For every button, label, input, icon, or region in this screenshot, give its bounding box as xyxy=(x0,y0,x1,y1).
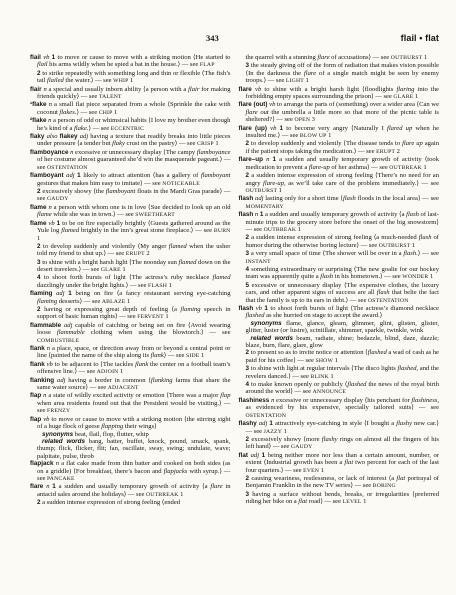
definition-text: his arms wildly when he spied a bat in t… xyxy=(48,61,200,68)
entry-paragraph: flare vb to shine with a bright harsh li… xyxy=(239,86,440,102)
italic-text: flakes xyxy=(59,109,74,116)
italic-text: flamboyant xyxy=(201,172,231,179)
cross-reference: ostentation xyxy=(246,413,287,419)
cross-reference: ablaze xyxy=(102,299,126,305)
cross-reference: open xyxy=(294,117,310,123)
sense-paragraph: 4 to make known openly or publicly ⟨flas… xyxy=(239,381,440,397)
italic-text: flash xyxy=(403,250,416,257)
entry-paragraph: flail vb 1 to move or cause to move with… xyxy=(30,54,231,70)
sense-paragraph: 3 to shine with a bright harsh light ⟨Th… xyxy=(30,259,231,275)
italic-text: flat xyxy=(396,475,405,482)
entry-paragraph: flashy adj 1 attractively eye-catching i… xyxy=(239,420,440,436)
cross-reference: outburst xyxy=(246,188,278,194)
italic-text: flash xyxy=(419,234,432,241)
italic-text: flapping xyxy=(101,423,123,430)
entry-paragraph: flame vb 1 to be on fire especially brig… xyxy=(30,220,231,243)
definition-text: road⟩ — see xyxy=(307,498,343,505)
definition-text: 3 xyxy=(310,116,315,123)
definition-text: to make known openly or publicly ⟨ xyxy=(251,381,347,388)
cross-reference: pancake xyxy=(47,476,75,482)
italic-text: flashed xyxy=(397,365,416,372)
italic-text: vb xyxy=(270,125,279,132)
italic-text: adj xyxy=(66,172,77,179)
italic-text: flashed xyxy=(246,312,265,319)
italic-text: flat xyxy=(298,498,307,505)
definition-text: desserts⟩ — see xyxy=(57,298,102,305)
entry-paragraph: flammable adj capable of catching or bei… xyxy=(30,322,231,345)
sense-number: 2 xyxy=(37,306,44,313)
headword: flammable xyxy=(30,322,64,329)
definition-text: a person with whom one is in love ⟨Sue d… xyxy=(54,204,231,211)
definition-text: 2 xyxy=(145,250,150,257)
sense-paragraph: 2 to develop suddenly and violently ⟨The… xyxy=(239,140,440,156)
sense-paragraph: 3 having a surface without bends, breaks… xyxy=(239,491,440,507)
definition-text: to develop suddenly and violently ⟨The d… xyxy=(251,140,402,147)
definition-text: 1 xyxy=(37,235,40,242)
label: related words xyxy=(251,335,297,342)
definition-text: dazzlingly under the bright lights.⟩ — s… xyxy=(37,282,148,289)
sense-paragraph: 2 excessively showy ⟨more flashy rings o… xyxy=(239,436,440,452)
definition-text: excessively showy ⟨more xyxy=(251,436,321,443)
definition-text: a sudden and usually temporary growth of… xyxy=(265,211,406,218)
italic-text: flamboyant xyxy=(106,188,136,195)
definition-text: having or expressing great depth of feel… xyxy=(44,306,180,313)
cross-reference: outbreak xyxy=(389,165,422,171)
sense-paragraph: 2 causing weariness, restlessness, or la… xyxy=(239,475,440,491)
entry-paragraph: flash adj lasting only for a short time … xyxy=(239,195,440,211)
entry-paragraph: flamboyance n excessive or unnecessary d… xyxy=(30,149,231,172)
italic-text: flake xyxy=(74,125,87,132)
italic-text: flair xyxy=(188,86,199,93)
italic-text: flashed xyxy=(368,349,387,356)
definition-text: excessive or unnecessary display ⟨The ca… xyxy=(75,149,197,156)
headword: flamboyance xyxy=(30,149,70,156)
cross-reference: combustible xyxy=(37,338,79,344)
cross-reference: outbreak xyxy=(146,492,179,498)
italic-text: flamboyance xyxy=(197,149,231,156)
cross-reference: blink xyxy=(310,374,328,380)
sense-paragraph: 5 excessive or unnecessary display ⟨The … xyxy=(239,282,440,305)
definition-text: their wings⟩ xyxy=(123,423,157,430)
sense-paragraph: 4 something extraordinary or surprising … xyxy=(239,266,440,282)
definition-text: likely to attract attention ⟨has a galle… xyxy=(83,172,201,179)
sense-paragraph: 3 to shine with light at regular interva… xyxy=(239,365,440,381)
cross-reference: gaudy xyxy=(291,444,313,450)
headword: ²flake xyxy=(30,117,48,124)
definition-text: 1 xyxy=(422,54,427,61)
headword: flap xyxy=(30,392,43,399)
entry-paragraph: flare (up) vb 1 to become very angry ⟨Na… xyxy=(239,125,440,141)
italic-text: adj xyxy=(80,133,91,140)
definition-text: to shoot forth bursts of light ⟨The actr… xyxy=(44,274,213,281)
definition-text: as she hurried on stage to accept the aw… xyxy=(265,312,383,319)
italic-text: also xyxy=(47,133,60,140)
definition-text: to shine with a bright harsh light ⟨The … xyxy=(42,259,178,266)
italic-text: vb xyxy=(48,220,56,227)
definition-text: to shoot forth bursts of light ⟨The actr… xyxy=(270,305,439,312)
definition-text: brightly in the inn’s great stone firepl… xyxy=(79,227,214,234)
italic-text: flare-up xyxy=(263,180,284,187)
entry-paragraph: flank n a place, space, or direction awa… xyxy=(30,345,231,361)
definition-text: being on fire ⟨a fancy restaurant servin… xyxy=(75,290,230,297)
cross-reference: glare xyxy=(101,267,121,273)
italic-text: flammable xyxy=(57,329,85,336)
italic-text: flaming xyxy=(180,306,200,313)
headword: flash xyxy=(239,195,256,202)
definition-text: to move or cause to move with a striking… xyxy=(58,54,231,61)
headword: flail xyxy=(30,54,43,61)
headword: flapjack xyxy=(30,460,56,467)
italic-text: flared up xyxy=(387,125,412,132)
synonym-list-paragraph: related words beam, radiate, shine; beda… xyxy=(239,335,440,350)
cross-reference: chip xyxy=(99,110,113,116)
cross-reference: blow up xyxy=(300,133,327,139)
headword: flash xyxy=(239,211,255,218)
definition-text: to shine with light at regular intervals… xyxy=(251,365,398,372)
sense-paragraph: 3 the steady giving off of the form of r… xyxy=(239,62,440,85)
headword: flashy xyxy=(239,420,259,427)
sense-paragraph: 2 excessively showy ⟨the flamboyant floa… xyxy=(30,188,231,204)
headword: flaming xyxy=(30,290,56,297)
cross-reference: sweetheart xyxy=(135,212,175,218)
entry-paragraph: ²flake n a person of odd or whimsical ha… xyxy=(30,117,231,133)
definition-text: to be adjacent to ⟨The tackles xyxy=(55,361,135,368)
italic-text: flare xyxy=(210,483,222,490)
headword: flare xyxy=(30,483,46,490)
sense-paragraph: 4 to shoot forth bursts of light ⟨The ac… xyxy=(30,274,231,290)
italic-text: flaring xyxy=(396,86,414,93)
italic-text: flare xyxy=(317,54,329,61)
italic-text: flare out xyxy=(246,109,269,116)
entry-paragraph: flash n 1 a sudden and usually temporary… xyxy=(239,211,440,234)
headword: flare (out) xyxy=(239,101,270,108)
cross-reference: side xyxy=(186,353,199,359)
sense-paragraph: 2 a sudden intense expression of strong … xyxy=(239,172,440,195)
entry-paragraph: flanking adj having a border in common ⟨… xyxy=(30,377,231,393)
definition-text: 2 xyxy=(395,148,400,155)
definition-text: a special and usually inborn ability ⟨a … xyxy=(49,86,189,93)
definition-text: 1 xyxy=(362,498,367,505)
cross-reference: noticeable xyxy=(162,181,200,187)
sense-paragraph: 2 a sudden intense expression of strong … xyxy=(239,234,440,250)
definition-text: to become very angry ⟨Naturally I xyxy=(286,125,387,132)
column-left: flail vb 1 to move or cause to move with… xyxy=(30,54,231,507)
italic-text: flash xyxy=(406,211,419,218)
headword: ¹flake xyxy=(30,101,49,108)
cross-reference: even xyxy=(303,468,319,474)
definition-text: a sudden intense expression of strong fe… xyxy=(251,234,419,241)
column-right: the quarrel with a stunning flare of acc… xyxy=(239,54,440,507)
definition-text: to shine with a bright harsh light ⟨floo… xyxy=(264,86,396,93)
definition-text: .⟩ — see xyxy=(416,250,439,257)
definition-text: 1 xyxy=(410,242,415,249)
headword: flame xyxy=(30,220,48,227)
italic-text: vb xyxy=(47,361,55,368)
definition-text: 1 xyxy=(413,93,418,100)
definition-text: a sudden and usually temporary growth of… xyxy=(59,483,211,490)
cross-reference: adjoin xyxy=(97,369,119,375)
cross-reference: wonder xyxy=(402,274,428,280)
definition-text: 1 xyxy=(329,373,334,380)
italic-text: adj xyxy=(56,290,68,297)
italic-text: flamed xyxy=(169,243,187,250)
definition-text: 1 xyxy=(304,77,309,84)
headword: flaky xyxy=(30,133,47,140)
italic-text: flamed xyxy=(179,259,197,266)
definition-text: ⟩ — see xyxy=(164,352,186,359)
entry-paragraph: flat adj 1 being neither more nor less t… xyxy=(239,452,440,475)
definition-text: while she was in town.⟩ — see xyxy=(52,211,136,218)
definition-text: crust on the pastry⟩ — see xyxy=(125,140,197,147)
definition-text: clothing when using the blowtorch.⟩ — se… xyxy=(85,329,231,336)
entry-paragraph: flair n a special and usually inborn abi… xyxy=(30,86,231,102)
definition-text: lasting only for a short time ⟨ xyxy=(265,195,343,202)
definition-text: 1 xyxy=(179,491,184,498)
cross-reference: boring xyxy=(373,483,396,489)
italic-text: vb xyxy=(43,54,51,61)
headword: flank xyxy=(30,361,47,368)
italic-text: flapjacks xyxy=(164,468,188,475)
cross-reference: ostentation xyxy=(368,298,409,304)
italic-text: flamed xyxy=(61,227,79,234)
definition-text: 1 xyxy=(121,266,126,273)
definition-text: a sudden intense expression of strong fe… xyxy=(42,499,180,506)
thesaurus-page: 343 flail • flat flail vb 1 to move or c… xyxy=(0,0,456,595)
definition-text: 1 xyxy=(319,467,324,474)
cross-reference: glare xyxy=(393,94,413,100)
definition-text: 1 xyxy=(277,187,282,194)
italic-text: flanking xyxy=(151,377,173,384)
label: related words xyxy=(42,438,89,445)
synonym-list-paragraph: synonyms flame, glance, gleam, glimmer, … xyxy=(239,320,440,335)
cross-reference: crisp xyxy=(197,141,214,147)
definition-text: lustre), scintillate, shimmer, sparkle, … xyxy=(288,327,423,334)
cross-reference: momentary xyxy=(246,204,284,210)
sense-paragraph: 2 to develop suddenly and violently ⟨My … xyxy=(30,243,231,259)
definition-text: 1 xyxy=(112,109,117,116)
definition-text: a state of wildly excited activity or em… xyxy=(48,392,220,399)
entry-paragraph: flank vb to be adjacent to ⟨The tackles … xyxy=(30,361,231,377)
label: synonyms xyxy=(42,431,75,438)
italic-text: adj xyxy=(255,195,265,202)
headword: flare–up xyxy=(239,156,267,163)
sense-paragraph: 3 a very small space of time ⟨The shower… xyxy=(239,250,440,266)
entry-paragraph: flashiness n excessive or unnecessary di… xyxy=(239,397,440,420)
sense-paragraph: 2 a sudden intense expression of strong … xyxy=(30,499,231,506)
definition-text: to present so as to invite notice or att… xyxy=(251,349,368,356)
sense-number: 4 xyxy=(37,274,44,281)
entry-paragraph: flame n a person with whom one is in lov… xyxy=(30,204,231,220)
sense-paragraph: 2 to strike repeatedly with something lo… xyxy=(30,70,231,86)
cross-reference: outburst xyxy=(391,55,423,61)
headword: flare xyxy=(239,86,256,93)
italic-text: flash xyxy=(320,273,333,280)
cross-reference: erupt xyxy=(376,149,395,155)
entry-paragraph: flamboyant adj 1 likely to attract atten… xyxy=(30,172,231,188)
italic-text: flat xyxy=(344,459,353,466)
synonym-list-paragraph: related words bang, batter, buffet, knoc… xyxy=(30,438,231,460)
definition-text: 1 xyxy=(214,140,219,147)
definition-text: attractively eye-catching in style ⟨I bo… xyxy=(275,420,396,427)
headword: flash xyxy=(239,305,256,312)
italic-text: flash xyxy=(343,195,356,202)
definition-text: the umbrella a little more so that more … xyxy=(246,109,440,123)
cross-reference: light xyxy=(286,78,304,84)
italic-text: adj xyxy=(57,377,68,384)
headword: flap xyxy=(30,416,43,423)
italic-text: flailed xyxy=(47,77,64,84)
definition-text: of her asthma⟩ — see xyxy=(330,164,389,171)
definition-text: 1 xyxy=(164,313,169,320)
cross-reference: level xyxy=(343,499,362,505)
italic-text: adj xyxy=(64,322,75,329)
definition-text: to arrange the parts of (something) over… xyxy=(277,101,439,108)
italic-text: flashy xyxy=(396,420,412,427)
page-number: 343 xyxy=(206,33,219,43)
definition-text: 1 xyxy=(199,352,204,359)
headword: flashiness xyxy=(239,397,272,404)
italic-text: flamed xyxy=(213,274,231,281)
definition-text: of accusations⟩ — see xyxy=(330,54,391,61)
definition-text: 1 xyxy=(333,357,338,364)
headword: flare (up) xyxy=(239,125,271,132)
label: synonyms xyxy=(251,320,286,327)
definition-text: the water.⟩ — see xyxy=(64,77,113,84)
cross-reference: talent xyxy=(99,94,122,100)
definition-text: 1 xyxy=(282,428,287,435)
sense-paragraph: 2 having or expressing great depth of fe… xyxy=(30,306,231,322)
italic-text: flashy xyxy=(322,436,338,443)
headword: flakey xyxy=(60,133,80,140)
definition-text: having a border in common ⟨ xyxy=(68,377,151,384)
definition-text: beat, flail, flop, flutter, whip xyxy=(75,431,149,438)
synonym-list-paragraph: synonyms beat, flail, flop, flutter, whi… xyxy=(30,431,231,438)
headword: flamboyant xyxy=(30,172,66,179)
italic-text: flashed xyxy=(347,381,366,388)
definition-text: 1 xyxy=(118,368,123,375)
definition-text: to develop suddenly and violently ⟨My an… xyxy=(43,243,169,250)
cross-reference: fervent xyxy=(137,314,164,320)
headword: flair xyxy=(30,86,43,93)
definition-text: 1 xyxy=(327,132,332,139)
italic-text: flashiness xyxy=(411,397,437,404)
cross-reference: flash xyxy=(148,283,167,289)
definition-text: 1 xyxy=(125,298,130,305)
cross-reference: adjacent xyxy=(108,385,139,391)
dictionary-columns: flail vb 1 to move or cause to move with… xyxy=(30,54,439,507)
italic-text: flank xyxy=(151,352,164,359)
cross-reference: burn xyxy=(214,228,231,234)
cross-reference: frenzy xyxy=(47,408,70,414)
cross-reference: show xyxy=(315,358,333,364)
definition-text: 1 xyxy=(422,164,427,171)
definition-text: gestures that makes him easy to imitate⟩… xyxy=(37,180,162,187)
italic-text: adj xyxy=(251,452,262,459)
entry-paragraph: flaming adj 1 being on fire ⟨a fancy res… xyxy=(30,290,231,306)
entry-paragraph: flare (out) vb to arrange the parts of (… xyxy=(239,101,440,124)
definition-text: 1 xyxy=(428,273,433,280)
headword: flame xyxy=(30,204,48,211)
cross-reference: announce xyxy=(313,389,347,395)
cross-reference: gaudy xyxy=(47,196,69,202)
headword: flanking xyxy=(30,377,57,384)
headword: flank xyxy=(30,345,47,352)
headword: flat xyxy=(239,452,251,459)
definition-text: excessive or unnecessary display ⟨his pe… xyxy=(276,397,411,404)
definition-text: .⟩ — see xyxy=(75,109,99,116)
definition-text: the quarrel with a stunning xyxy=(246,54,318,61)
italic-text: vb xyxy=(255,86,264,93)
cross-reference: flap xyxy=(200,62,215,68)
entry-paragraph: flap n a state of wildly excited activit… xyxy=(30,392,231,415)
definition-text: .⟩ — see xyxy=(87,125,111,132)
cross-reference: outbreak xyxy=(264,227,297,233)
entry-paragraph: flap vb to move or cause to move with a … xyxy=(30,416,231,431)
sense-paragraph: the quarrel with a stunning flare of acc… xyxy=(239,54,440,62)
italic-text: flaming xyxy=(37,298,57,305)
definition-text: 1 xyxy=(167,282,172,289)
definition-text: excessively showy ⟨the xyxy=(42,188,105,195)
definition-text: causing weariness, restlessness, or lack… xyxy=(251,475,396,482)
definition-text: 1 xyxy=(129,77,134,84)
cross-reference: erupt xyxy=(126,251,145,257)
entry-paragraph: flare n 1 a sudden and usually temporary… xyxy=(30,483,231,499)
entry-paragraph: flare–up n 1 a sudden and usually tempor… xyxy=(239,156,440,172)
italic-text: adj xyxy=(259,420,269,427)
cross-reference: ostentation xyxy=(47,165,88,171)
definition-text: , as we’ll take care of the problem imme… xyxy=(284,180,439,187)
italic-text: flap xyxy=(220,392,230,399)
italic-text: flare xyxy=(304,70,316,77)
sense-paragraph: 2 to present so as to invite notice or a… xyxy=(239,349,440,365)
cross-reference: jazzy xyxy=(264,429,282,435)
definition-text: floods in the local area⟩ — see xyxy=(356,195,439,202)
italic-text: flame xyxy=(37,211,52,218)
cross-reference: whip xyxy=(113,78,128,84)
definition-text: a very small space of time ⟨The shower w… xyxy=(251,250,403,257)
entry-paragraph: ¹flake n a small flat piece separated fr… xyxy=(30,101,231,117)
guide-words: flail • flat xyxy=(401,33,439,43)
cross-reference: instant xyxy=(246,259,271,265)
definition-text: in his hometown.⟩ — see xyxy=(333,273,402,280)
italic-text: flash xyxy=(377,289,390,296)
italic-text: vb xyxy=(269,101,277,108)
definition-text: 1 xyxy=(296,226,301,233)
entry-paragraph: flaky also flakey adj having a texture t… xyxy=(30,133,231,149)
italic-text: flail xyxy=(37,61,48,68)
cross-reference: outburst xyxy=(379,243,411,249)
italic-text: flank xyxy=(135,361,148,368)
italic-text: flaky xyxy=(112,140,125,147)
entry-paragraph: flapjack n a flat cake made from thin ba… xyxy=(30,460,231,483)
italic-text: flare up xyxy=(402,140,423,147)
italic-text: flare-up xyxy=(309,164,330,171)
entry-paragraph: flash vb 1 to shoot forth bursts of ligh… xyxy=(239,305,440,320)
cross-reference: eccentric xyxy=(111,126,144,132)
page-header: 343 flail • flat xyxy=(30,33,439,45)
